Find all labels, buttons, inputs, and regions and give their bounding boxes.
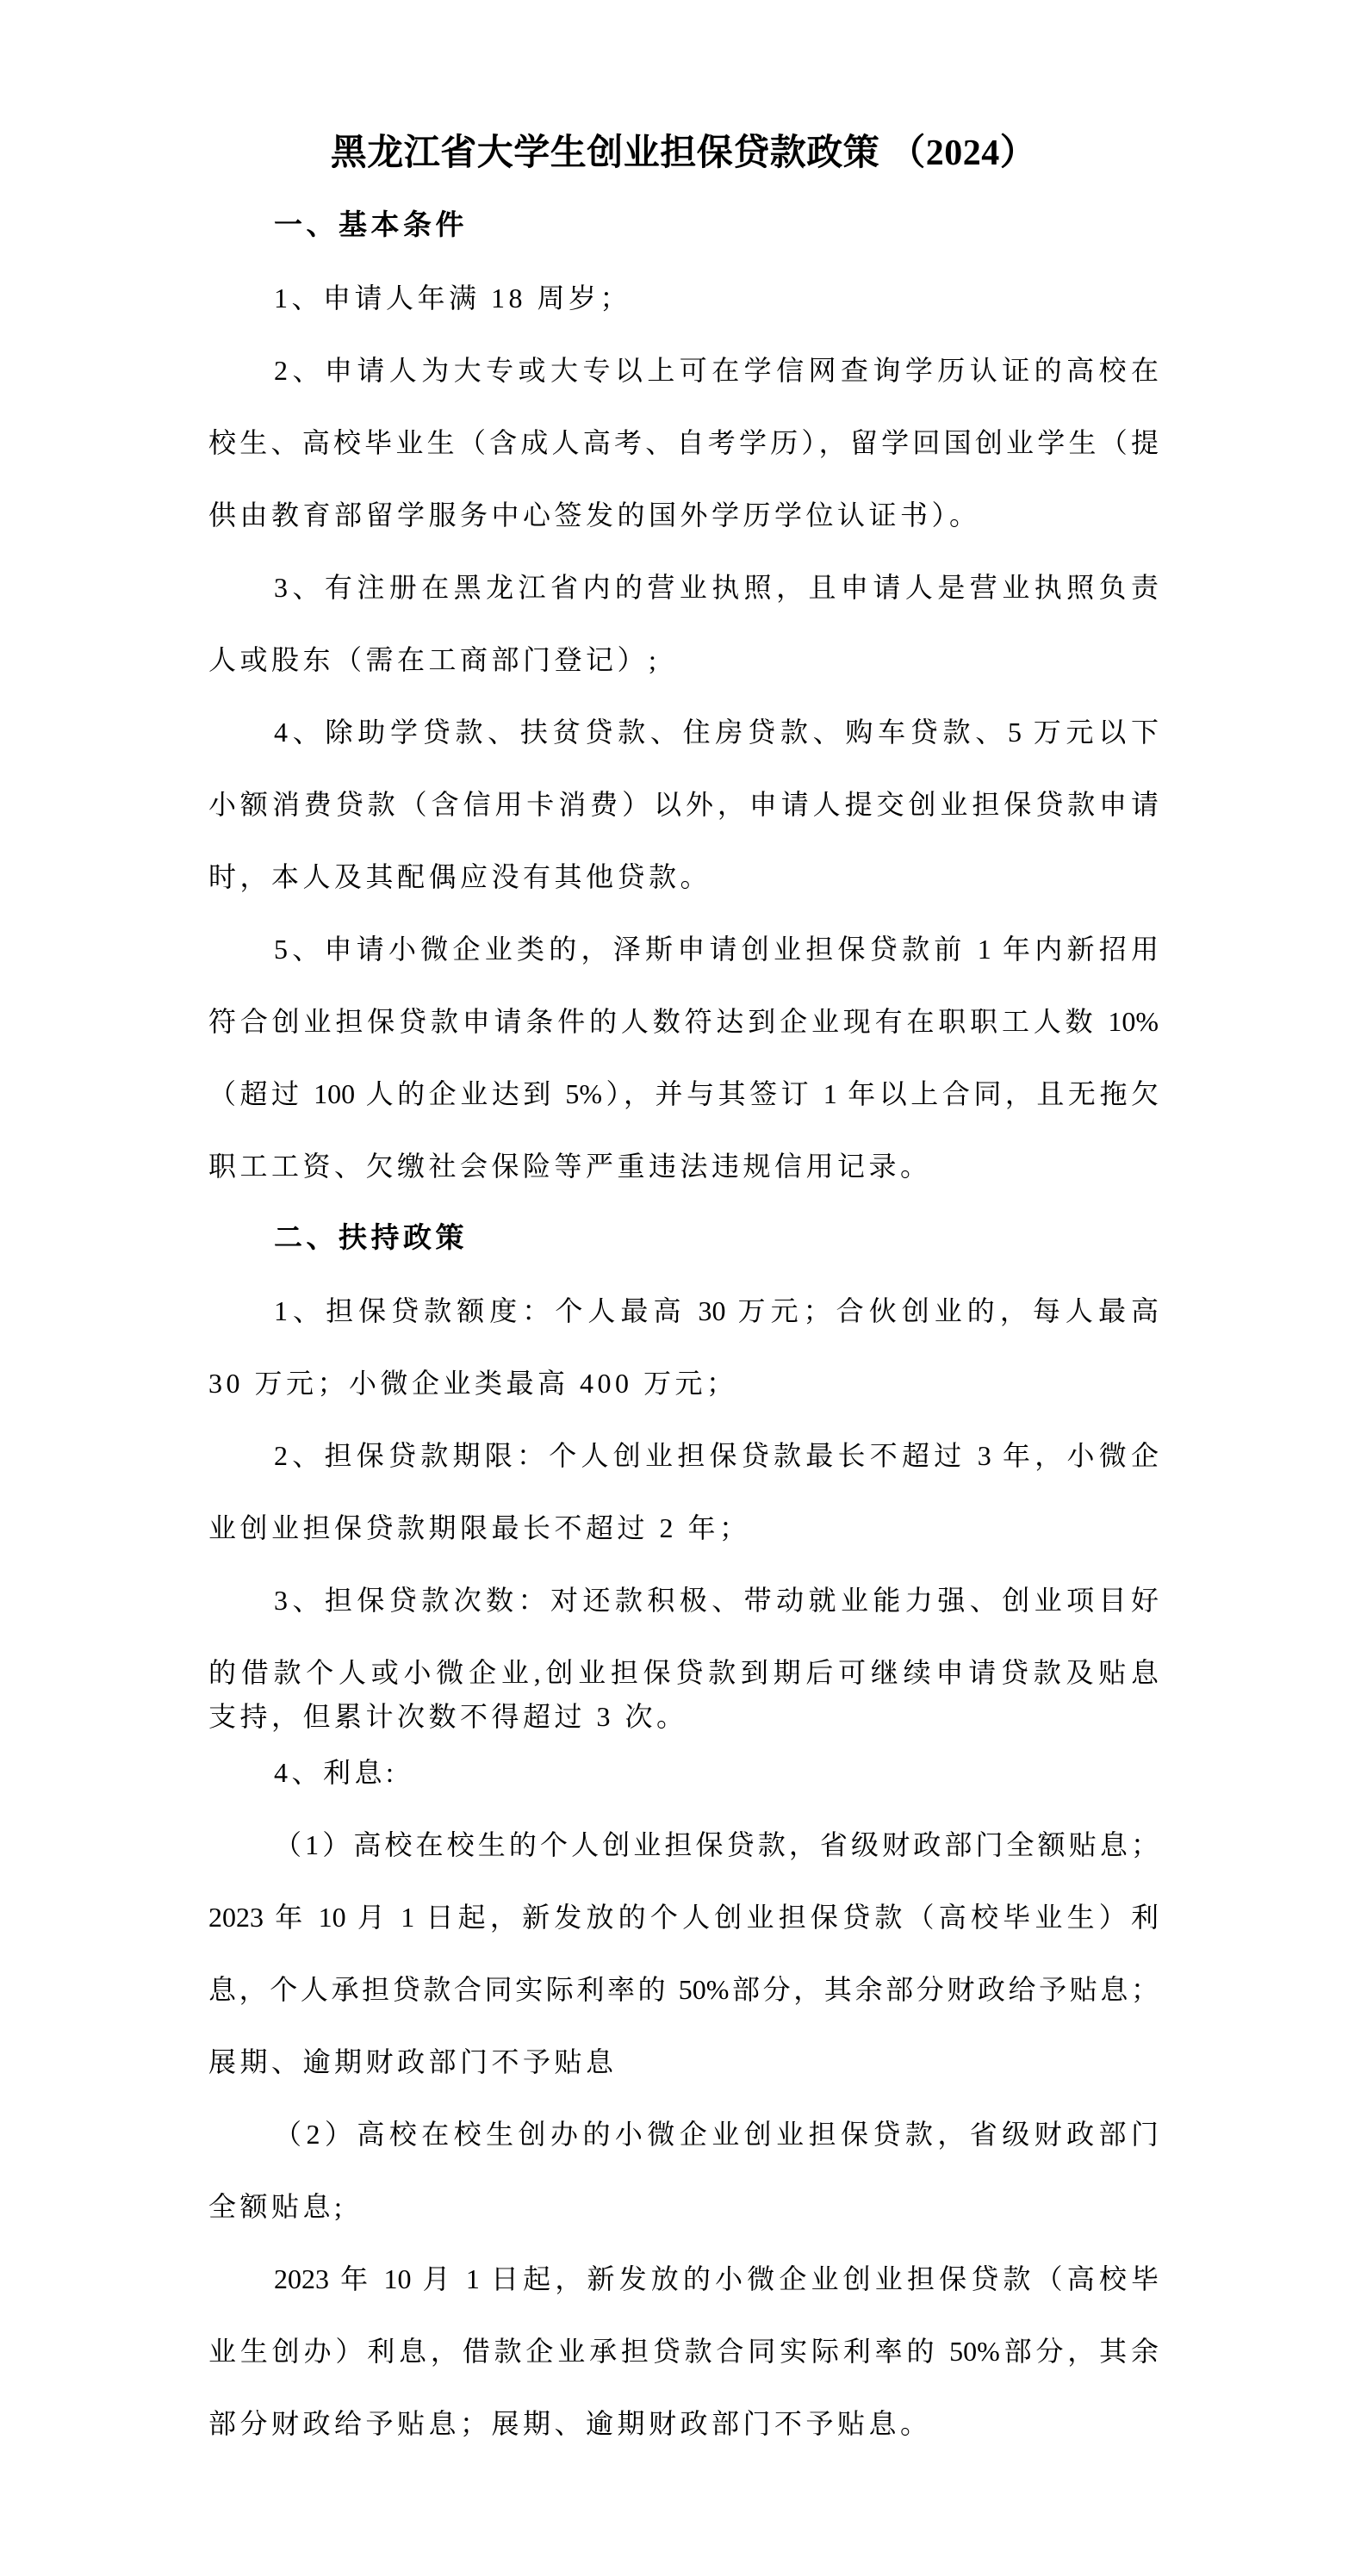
text-line: 符合创业担保贷款申请条件的人数符达到企业现有在职职工人数 10% [208,985,1159,1058]
text-line: 2、担保贷款期限：个人创业担保贷款最长不超过 3 年，小微企 [208,1419,1159,1492]
text-line: 校生、高校毕业生（含成人高考、自考学历），留学回国创业学生（提 [208,407,1159,479]
text-line: 展期、逾期财政部门不予贴息 [208,2026,1159,2098]
document-body: 黑龙江省大学生创业担保贷款政策 （2024）一、基本条件1、申请人年满 18 周… [208,117,1159,2460]
text-line: 30 万元；小微企业类最高 400 万元； [208,1347,1159,1419]
text-line: 2023 年 10 月 1 日起，新发放的个人创业担保贷款（高校毕业生）利 [208,1881,1159,1953]
text-line: 全额贴息; [208,2170,1159,2243]
text-line: 2023 年 10 月 1 日起，新发放的小微企业创业担保贷款（高校毕 [208,2243,1159,2315]
text-line: 1、申请人年满 18 周岁； [208,262,1159,334]
text-line: （2）高校在校生创办的小微企业创业担保贷款，省级财政部门 [208,2098,1159,2170]
text-line: （超过 100 人的企业达到 5%），并与其签订 1 年以上合同，且无拖欠 [208,1058,1159,1130]
text-line: 人或股东（需在工商部门登记）; [208,624,1159,696]
text-line: 小额消费贷款（含信用卡消费）以外，申请人提交创业担保贷款申请 [208,768,1159,841]
text-line: 4、利息: [208,1736,1159,1809]
section-heading: 一、基本条件 [208,189,1159,262]
text-line: 部分财政给予贴息；展期、逾期财政部门不予贴息。 [208,2387,1159,2460]
text-line: 业创业担保贷款期限最长不超过 2 年； [208,1492,1159,1564]
text-line: 3、有注册在黑龙江省内的营业执照，且申请人是营业执照负责 [208,551,1159,624]
text-line: 5、申请小微企业类的，泽斯申请创业担保贷款前 1 年内新招用 [208,913,1159,985]
document-page: 黑龙江省大学生创业担保贷款政策 （2024）一、基本条件1、申请人年满 18 周… [0,0,1367,2576]
section-heading: 二、扶持政策 [208,1202,1159,1275]
text-line: 时，本人及其配偶应没有其他贷款。 [208,841,1159,913]
text-line: 3、担保贷款次数：对还款积极、带动就业能力强、创业项目好 [208,1564,1159,1636]
text-line: 职工工资、欠缴社会保险等严重违法违规信用记录。 [208,1130,1159,1202]
text-line: 息，个人承担贷款合同实际利率的 50%部分，其余部分财政给予贴息； [208,1953,1159,2026]
text-line: 供由教育部留学服务中心签发的国外学历学位认证书）。 [208,479,1159,551]
text-line: 4、除助学贷款、扶贫贷款、住房贷款、购车贷款、5 万元以下 [208,696,1159,768]
text-line: 1、担保贷款额度：个人最高 30 万元；合伙创业的，每人最高 [208,1275,1159,1347]
text-line: 2、申请人为大专或大专以上可在学信网查询学历认证的高校在 [208,334,1159,407]
document-title: 黑龙江省大学生创业担保贷款政策 （2024） [208,117,1159,189]
text-line: （1）高校在校生的个人创业担保贷款，省级财政部门全额贴息； [208,1809,1159,1881]
text-line: 业生创办）利息，借款企业承担贷款合同实际利率的 50%部分，其余 [208,2315,1159,2387]
